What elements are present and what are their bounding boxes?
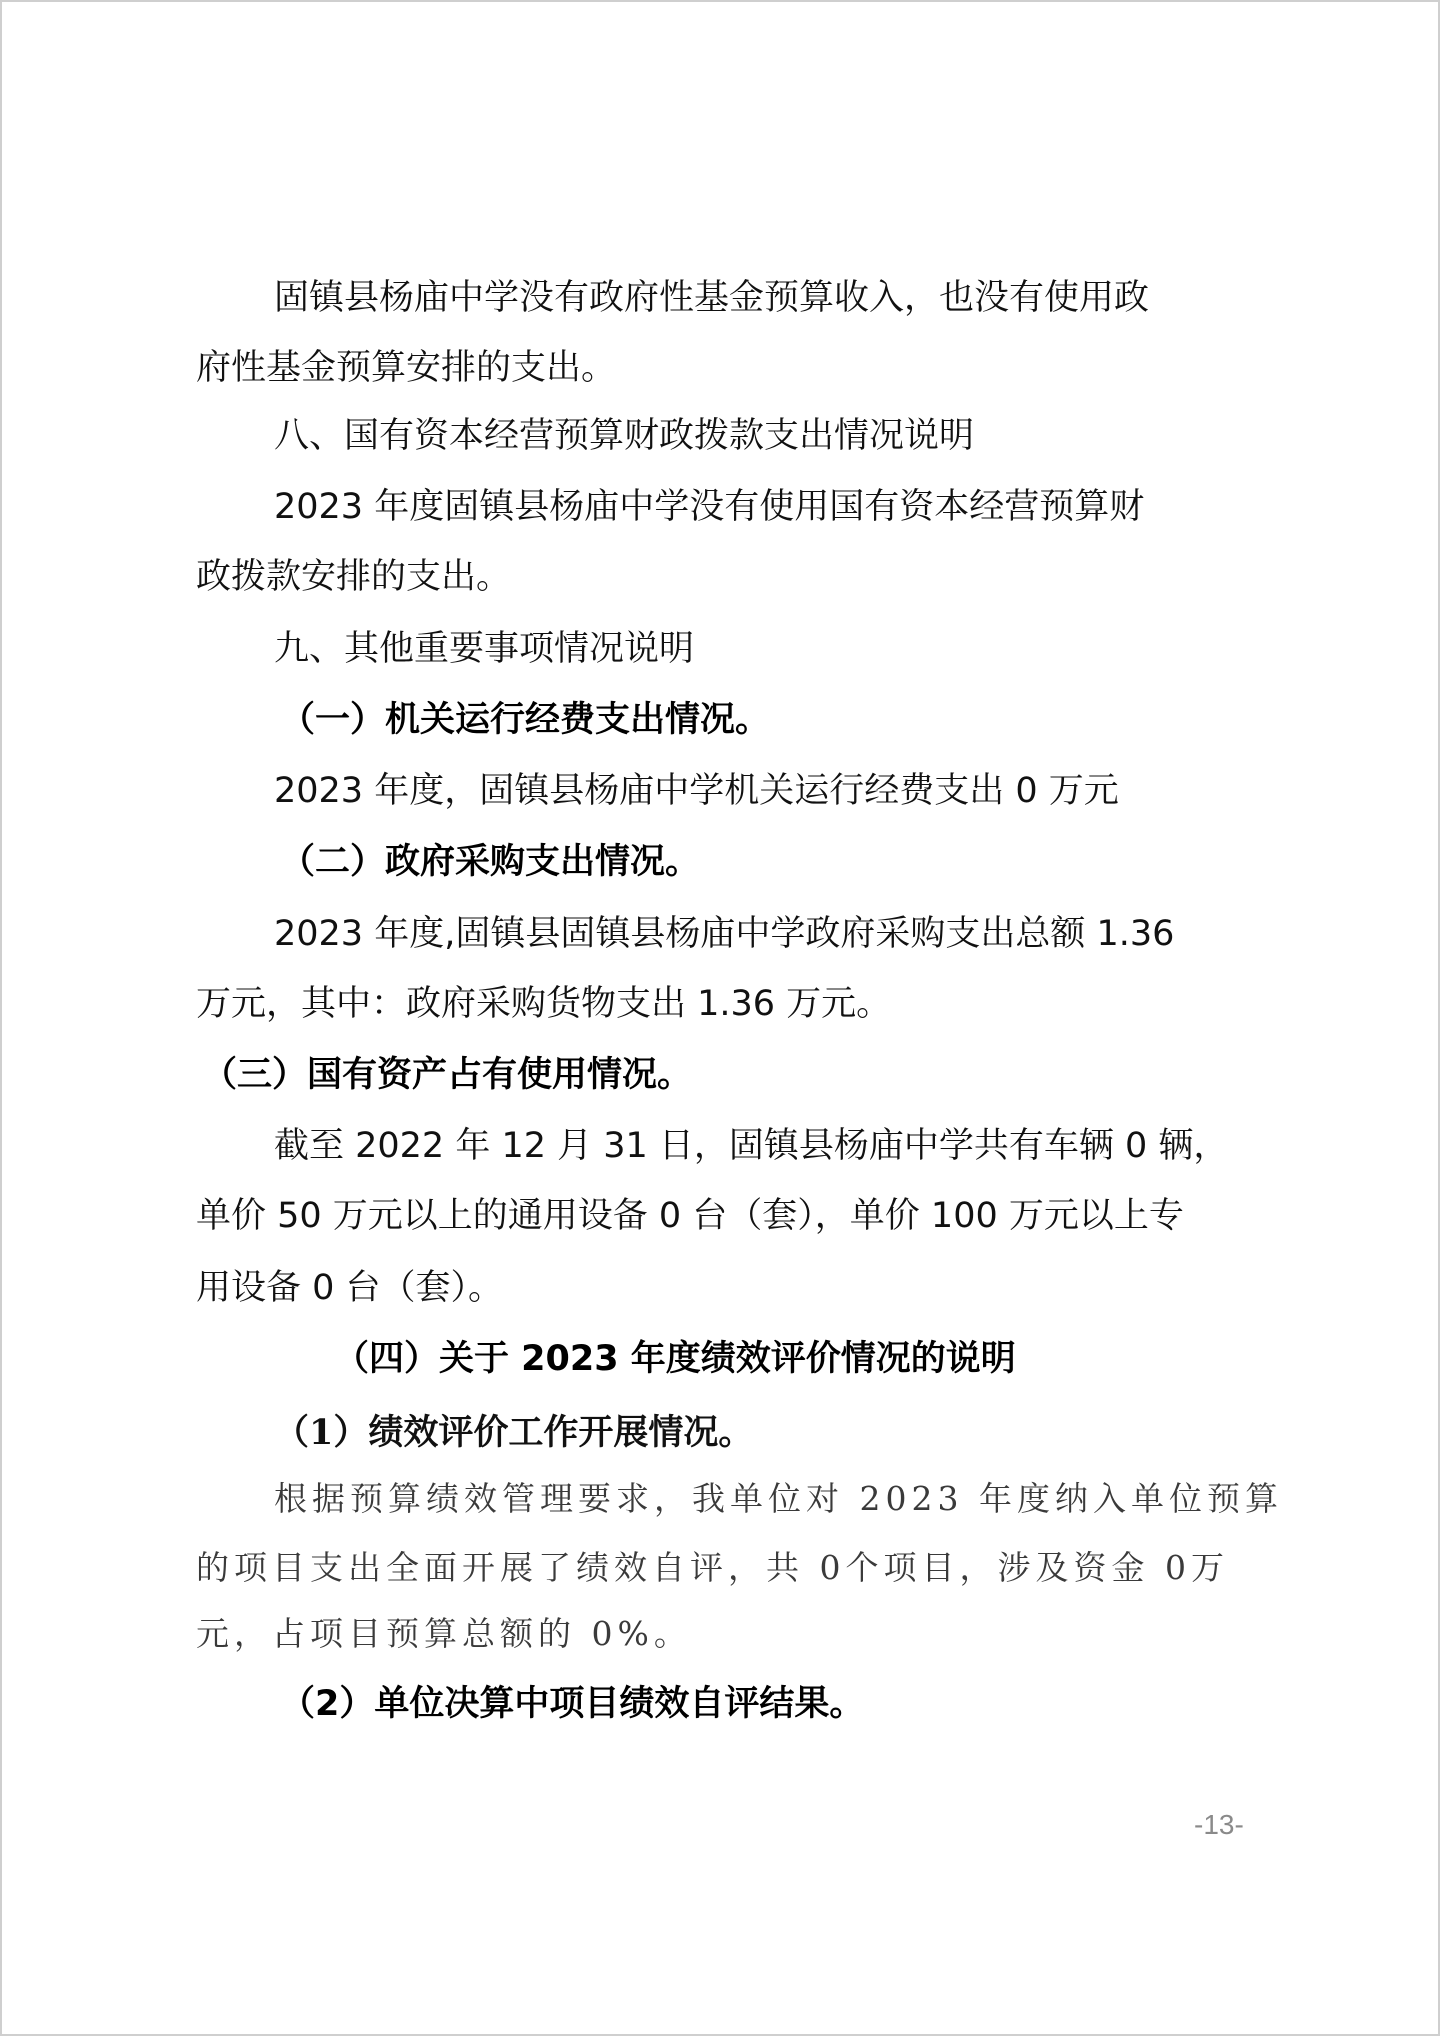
paragraph-line: 政拨款安排的支出。: [196, 555, 511, 599]
paragraph-line: 元，占项目预算总额的 0%。: [196, 1612, 692, 1656]
subsection-heading-3: （三）国有资产占有使用情况。: [202, 1053, 692, 1097]
page-number: -13-: [1194, 1807, 1244, 1843]
paragraph-line: 2023 年度固镇县杨庙中学没有使用国有资本经营预算财: [274, 485, 1144, 529]
sub-subsection-heading-1: （1）绩效评价工作开展情况。: [274, 1411, 753, 1455]
paragraph-line: 固镇县杨庙中学没有政府性基金预算收入，也没有使用政: [274, 276, 1149, 320]
sub-subsection-heading-2: （2）单位决算中项目绩效自评结果。: [280, 1682, 864, 1726]
section-heading-9: 九、其他重要事项情况说明: [274, 627, 694, 671]
section-heading-8: 八、国有资本经营预算财政拨款支出情况说明: [274, 414, 974, 458]
paragraph-line: 的项目支出全面开展了绩效自评，共 0个项目，涉及资金 0万: [196, 1546, 1229, 1590]
subsection-heading-1: （一）机关运行经费支出情况。: [280, 698, 770, 742]
paragraph-line: 截至 2022 年 12 月 31 日，固镇县杨庙中学共有车辆 0 辆，: [274, 1124, 1228, 1168]
subsection-heading-2: （二）政府采购支出情况。: [280, 840, 700, 884]
paragraph-line: 2023 年度,固镇县固镇县杨庙中学政府采购支出总额 1.36: [274, 912, 1174, 956]
paragraph-line: 府性基金预算安排的支出。: [196, 346, 616, 390]
paragraph-line: 单价 50 万元以上的通用设备 0 台（套），单价 100 万元以上专: [196, 1194, 1184, 1238]
paragraph-line: 2023 年度，固镇县杨庙中学机关运行经费支出 0 万元: [274, 769, 1119, 813]
paragraph-line: 用设备 0 台（套）。: [196, 1266, 503, 1310]
paragraph-line: 根据预算绩效管理要求，我单位对 2023 年度纳入单位预算: [274, 1477, 1283, 1521]
document-page: 固镇县杨庙中学没有政府性基金预算收入，也没有使用政 府性基金预算安排的支出。 八…: [0, 0, 1440, 2036]
paragraph-line: 万元，其中：政府采购货物支出 1.36 万元。: [196, 982, 891, 1026]
subsection-heading-4: （四）关于 2023 年度绩效评价情况的说明: [334, 1337, 1016, 1381]
